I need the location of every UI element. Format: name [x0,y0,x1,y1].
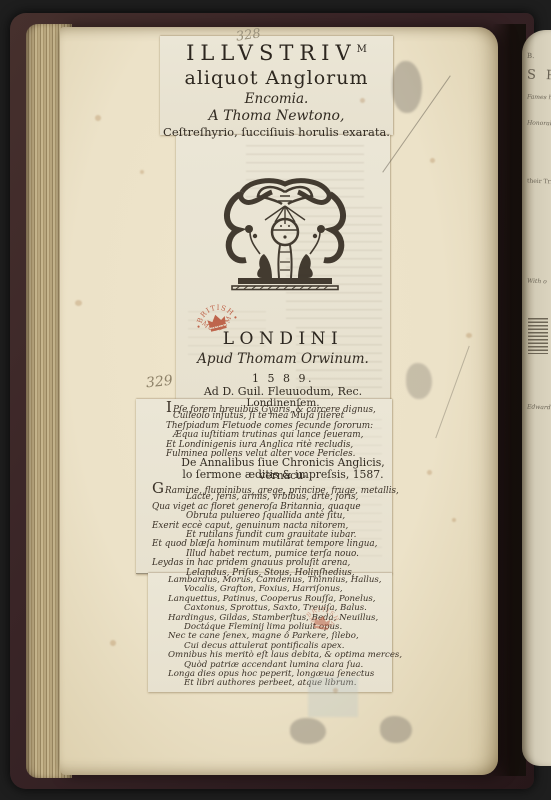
printers-device-woodcut-icon [220,170,350,300]
glue-residue-stain [380,716,412,743]
foxing-spot [430,158,435,163]
handwritten-folio-number-margin: 329 [145,373,173,392]
clipped-text-fragment: Fames his [527,93,551,101]
foxing-spot [333,688,338,693]
title-text: ILLVSTRIV [186,41,357,65]
imprint-year: 1 5 8 9. [176,372,390,385]
clipped-text-fragment: Honorable [527,119,551,127]
imprint-publisher: Apud Thomam Orwinum. [176,351,390,367]
poem-line: Et libri authores perbeet, atque librum. [168,679,402,688]
foxing-spot [110,640,116,646]
clipped-text-fragment: Edward L [527,403,551,411]
clipped-text-fragment: With o [527,278,547,286]
stain [406,363,432,399]
pencil-mark [435,346,469,438]
foxing-spot [466,333,472,338]
glue-residue-stain [290,718,326,744]
foxing-spot [75,300,82,306]
stain [308,677,358,717]
book-scan-photo: 328 329 ILLVSTRIVM aliquot Anglorum Enco… [0,0,551,800]
author-byline: A Thoma Newtono, [160,108,393,124]
title-line-3: Encomia. [160,91,393,107]
facing-page-edge: B. S P Fames his Honorable their Tri Wit… [522,30,551,766]
british-museum-stamp-icon: BRITISH MUSEUM [299,599,345,645]
poem-on-chronicles-part-2: Lambardus, Morus, Camdenus, Thinnius, Ha… [168,576,402,689]
drop-initial: G [152,479,164,497]
clipped-text-fragment: B. [527,52,535,60]
imprint-city: LONDINI [176,329,390,349]
foxing-spot [360,98,365,103]
author-byline-2: Ceſtreſhyrio, ſucciſiuis horulis exarata… [160,125,393,139]
clipped-text-fragment: S P [527,67,551,83]
clipped-woodcut-fragment [528,318,548,354]
page-title: ILLVSTRIVM [160,41,393,65]
poem-to-fleetwood: IPſe forem breuibus Gyaris, & carcere di… [166,403,376,459]
clipped-text-fragment: their Tri [527,178,551,186]
album-page: 328 329 ILLVSTRIVM aliquot Anglorum Enco… [60,27,498,775]
poem-on-chronicles-part-1: GRamine, fluminibus, grege, principe, fr… [152,484,399,578]
drop-initial: I [166,398,172,416]
foxing-spot [452,518,456,522]
title-abbreviation: M [357,44,367,55]
foxing-spot [427,470,432,475]
title-line-2: aliquot Anglorum [160,67,393,89]
stain [392,61,422,113]
foxing-spot [95,115,101,121]
section-heading-line-2: lo ſermone æditis & impreſsis, 1587. [176,468,390,481]
foxing-spot [140,170,144,174]
